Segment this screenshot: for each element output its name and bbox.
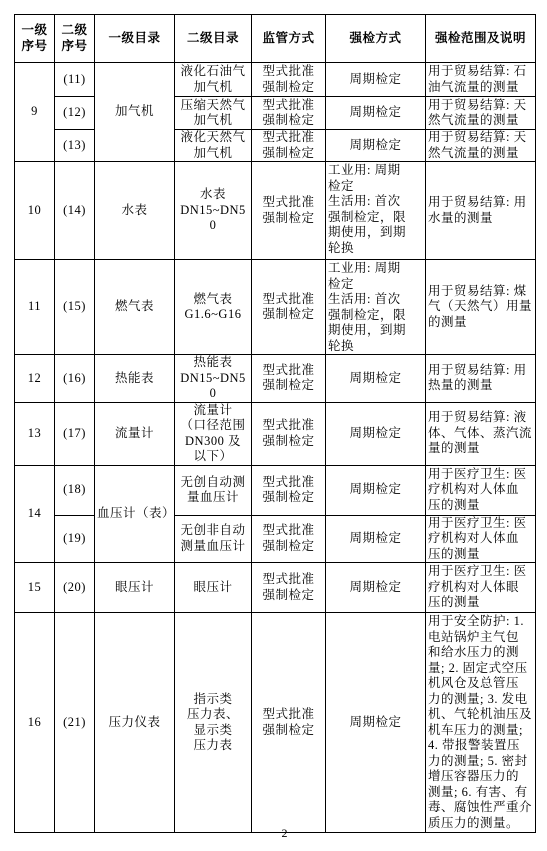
header-cell-level1-no: 一级 序号 <box>15 15 55 63</box>
cell-verification-mode: 周期检定 <box>326 613 426 833</box>
cell-level2-dir: 指示类 压力表、 显示类 压力表 <box>175 613 252 833</box>
table-row: 12 (16) 热能表 热能表 DN15~DN50 型式批准 强制检定 周期检定… <box>15 355 536 403</box>
cell-verification-mode: 工业用: 周期 检定 生活用: 首次 强制检定，限 期使用，到期 轮换 <box>326 162 426 260</box>
cell-level2-no: (18) <box>55 465 95 515</box>
cell-verification-mode: 周期检定 <box>326 355 426 403</box>
metrology-catalog-table: 一级 序号 二级 序号 一级目录 二级目录 监管方式 强检方式 强检范围及说明 … <box>14 14 536 833</box>
cell-supervision-mode: 型式批准 强制检定 <box>252 260 326 355</box>
cell-level2-dir: 眼压计 <box>175 563 252 613</box>
cell-supervision-mode: 型式批准 强制检定 <box>252 563 326 613</box>
cell-level1-no: 10 <box>15 162 55 260</box>
cell-level1-no: 9 <box>15 63 55 162</box>
cell-scope: 用于贸易结算: 天 然气流量的测量 <box>426 130 536 162</box>
cell-level1-no: 15 <box>15 563 55 613</box>
page-number: 2 <box>0 826 547 841</box>
table-row: 14 (18) 血压计（表） 无创自动测 量血压计 型式批准 强制检定 周期检定… <box>15 465 536 515</box>
cell-level1-no: 11 <box>15 260 55 355</box>
cell-scope: 用于贸易结算: 石 油气流量的测量 <box>426 63 536 97</box>
cell-level2-no: (13) <box>55 130 95 162</box>
header-cell-level2-dir: 二级目录 <box>175 15 252 63</box>
cell-level2-no: (15) <box>55 260 95 355</box>
cell-level2-dir: 无创自动测 量血压计 <box>175 465 252 515</box>
cell-level2-dir: 热能表 DN15~DN50 <box>175 355 252 403</box>
cell-level1-no: 13 <box>15 402 55 465</box>
cell-supervision-mode: 型式批准 强制检定 <box>252 162 326 260</box>
table-row: 10 (14) 水表 水表 DN15~DN50 型式批准 强制检定 工业用: 周… <box>15 162 536 260</box>
cell-verification-mode: 周期检定 <box>326 63 426 97</box>
header-cell-level2-no: 二级 序号 <box>55 15 95 63</box>
table-row: 15 (20) 眼压计 眼压计 型式批准 强制检定 周期检定 用于医疗卫生: 医… <box>15 563 536 613</box>
cell-level2-no: (12) <box>55 97 95 130</box>
table-row: 13 (17) 流量计 流量计 （口径范围 DN300 及 以下） 型式批准 强… <box>15 402 536 465</box>
table-row: 9 (11) 加气机 液化石油气 加气机 型式批准 强制检定 周期检定 用于贸易… <box>15 63 536 97</box>
cell-level1-dir: 燃气表 <box>95 260 175 355</box>
cell-level1-dir: 热能表 <box>95 355 175 403</box>
cell-verification-mode: 工业用: 周期 检定 生活用: 首次 强制检定，限 期使用，到期 轮换 <box>326 260 426 355</box>
cell-level2-dir: 燃气表 G1.6~G16 <box>175 260 252 355</box>
cell-level2-no: (19) <box>55 515 95 563</box>
cell-verification-mode: 周期检定 <box>326 402 426 465</box>
table-row: (19) 无创非自动 测量血压计 型式批准 强制检定 周期检定 用于医疗卫生: … <box>15 515 536 563</box>
cell-scope: 用于贸易结算: 天 然气流量的测量 <box>426 97 536 130</box>
header-cell-supervision-mode: 监管方式 <box>252 15 326 63</box>
cell-supervision-mode: 型式批准 强制检定 <box>252 130 326 162</box>
cell-level2-no: (16) <box>55 355 95 403</box>
cell-level1-dir: 水表 <box>95 162 175 260</box>
cell-scope: 用于医疗卫生: 医 疗机构对人体眼 压的测量 <box>426 563 536 613</box>
cell-level1-no: 12 <box>15 355 55 403</box>
cell-level1-dir: 血压计（表） <box>95 465 175 563</box>
cell-level2-dir: 流量计 （口径范围 DN300 及 以下） <box>175 402 252 465</box>
header-row: 一级 序号 二级 序号 一级目录 二级目录 监管方式 强检方式 强检范围及说明 <box>15 15 536 63</box>
cell-level1-dir: 流量计 <box>95 402 175 465</box>
cell-scope: 用于贸易结算: 液 体、气体、蒸汽流 量的测量 <box>426 402 536 465</box>
cell-verification-mode: 周期检定 <box>326 97 426 130</box>
cell-level2-no: (17) <box>55 402 95 465</box>
header-cell-verification-mode: 强检方式 <box>326 15 426 63</box>
cell-supervision-mode: 型式批准 强制检定 <box>252 465 326 515</box>
cell-level2-dir: 水表 DN15~DN50 <box>175 162 252 260</box>
cell-level2-no: (11) <box>55 63 95 97</box>
cell-verification-mode: 周期检定 <box>326 130 426 162</box>
cell-supervision-mode: 型式批准 强制检定 <box>252 515 326 563</box>
cell-level1-no: 14 <box>15 465 55 563</box>
cell-verification-mode: 周期检定 <box>326 563 426 613</box>
cell-level2-no: (20) <box>55 563 95 613</box>
cell-supervision-mode: 型式批准 强制检定 <box>252 63 326 97</box>
cell-level2-dir: 液化石油气 加气机 <box>175 63 252 97</box>
table-row: (13) 液化天然气 加气机 型式批准 强制检定 周期检定 用于贸易结算: 天 … <box>15 130 536 162</box>
header-cell-level1-dir: 一级目录 <box>95 15 175 63</box>
cell-level1-dir: 压力仪表 <box>95 613 175 833</box>
cell-level2-no: (14) <box>55 162 95 260</box>
cell-scope: 用于医疗卫生: 医 疗机构对人体血 压的测量 <box>426 515 536 563</box>
cell-verification-mode: 周期检定 <box>326 515 426 563</box>
cell-scope: 用于医疗卫生: 医 疗机构对人体血 压的测量 <box>426 465 536 515</box>
cell-level2-dir: 无创非自动 测量血压计 <box>175 515 252 563</box>
cell-scope: 用于贸易结算: 用 水量的测量 <box>426 162 536 260</box>
cell-level1-dir: 眼压计 <box>95 563 175 613</box>
cell-verification-mode: 周期检定 <box>326 465 426 515</box>
header-cell-scope: 强检范围及说明 <box>426 15 536 63</box>
cell-supervision-mode: 型式批准 强制检定 <box>252 355 326 403</box>
cell-level2-dir: 液化天然气 加气机 <box>175 130 252 162</box>
cell-level1-no: 16 <box>15 613 55 833</box>
cell-supervision-mode: 型式批准 强制检定 <box>252 613 326 833</box>
cell-supervision-mode: 型式批准 强制检定 <box>252 97 326 130</box>
cell-scope: 用于安全防护: 1. 电站锅炉主气包 和给水压力的测 量; 2. 固定式空压 机… <box>426 613 536 833</box>
cell-level2-dir: 压缩天然气 加气机 <box>175 97 252 130</box>
cell-level2-no: (21) <box>55 613 95 833</box>
table-row: 16 (21) 压力仪表 指示类 压力表、 显示类 压力表 型式批准 强制检定 … <box>15 613 536 833</box>
cell-supervision-mode: 型式批准 强制检定 <box>252 402 326 465</box>
table-row: (12) 压缩天然气 加气机 型式批准 强制检定 周期检定 用于贸易结算: 天 … <box>15 97 536 130</box>
table-row: 11 (15) 燃气表 燃气表 G1.6~G16 型式批准 强制检定 工业用: … <box>15 260 536 355</box>
cell-scope: 用于贸易结算: 煤 气（天然气）用量 的测量 <box>426 260 536 355</box>
cell-level1-dir: 加气机 <box>95 63 175 162</box>
cell-scope: 用于贸易结算: 用 热量的测量 <box>426 355 536 403</box>
